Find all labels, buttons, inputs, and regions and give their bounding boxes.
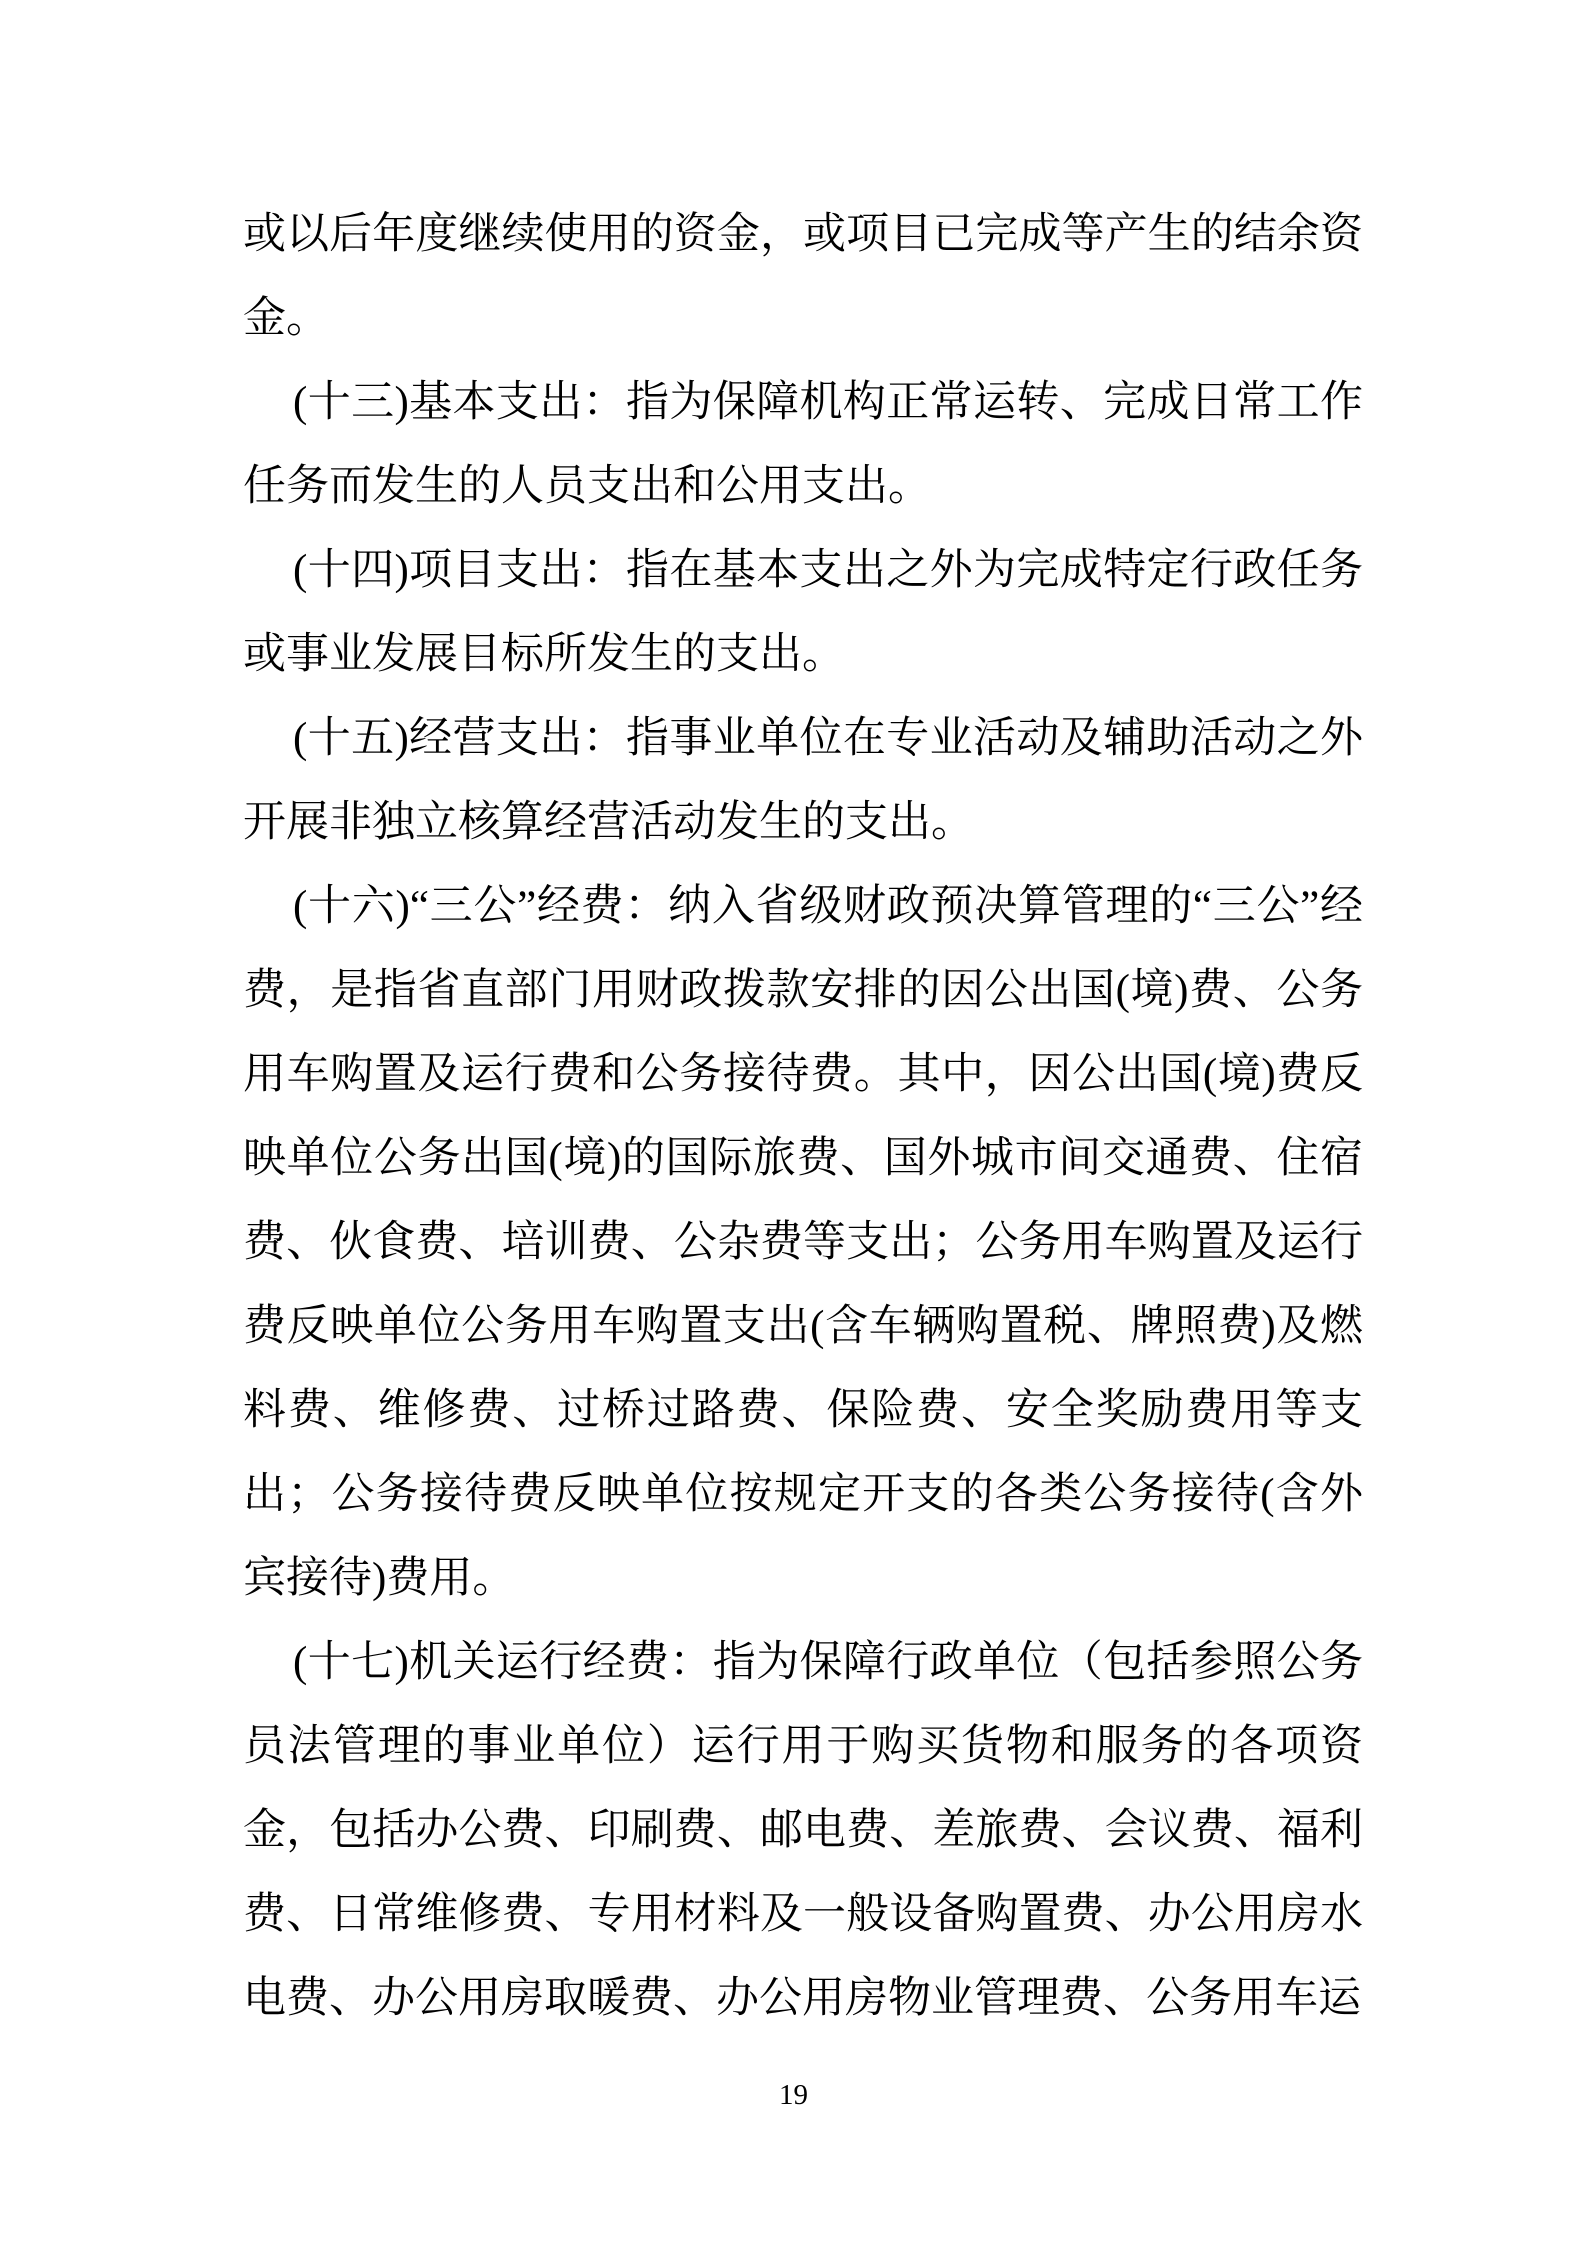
- paragraph-item-16-three-public-funds: (十六)“三公”经费：纳入省级财政预决算管理的“三公”经费，是指省直部门用财政拨…: [243, 865, 1363, 1621]
- paragraph-item-13-basic-expenditure: (十三)基本支出：指为保障机构正常运转、完成日常工作任务而发生的人员支出和公用支…: [243, 361, 1363, 529]
- document-body-text: 或以后年度继续使用的资金，或项目已完成等产生的结余资金。 (十三)基本支出：指为…: [243, 193, 1363, 2041]
- document-page: 或以后年度继续使用的资金，或项目已完成等产生的结余资金。 (十三)基本支出：指为…: [0, 0, 1587, 2245]
- paragraph-item-14-project-expenditure: (十四)项目支出：指在基本支出之外为完成特定行政任务或事业发展目标所发生的支出。: [243, 529, 1363, 697]
- paragraph-item-15-operating-expenditure: (十五)经营支出：指事业单位在专业活动及辅助活动之外开展非独立核算经营活动发生的…: [243, 697, 1363, 865]
- paragraph-continuation: 或以后年度继续使用的资金，或项目已完成等产生的结余资金。: [243, 193, 1363, 361]
- page-number: 19: [0, 2078, 1587, 2112]
- paragraph-item-17-agency-operating-funds: (十七)机关运行经费：指为保障行政单位（包括参照公务员法管理的事业单位）运行用于…: [243, 1621, 1363, 2041]
